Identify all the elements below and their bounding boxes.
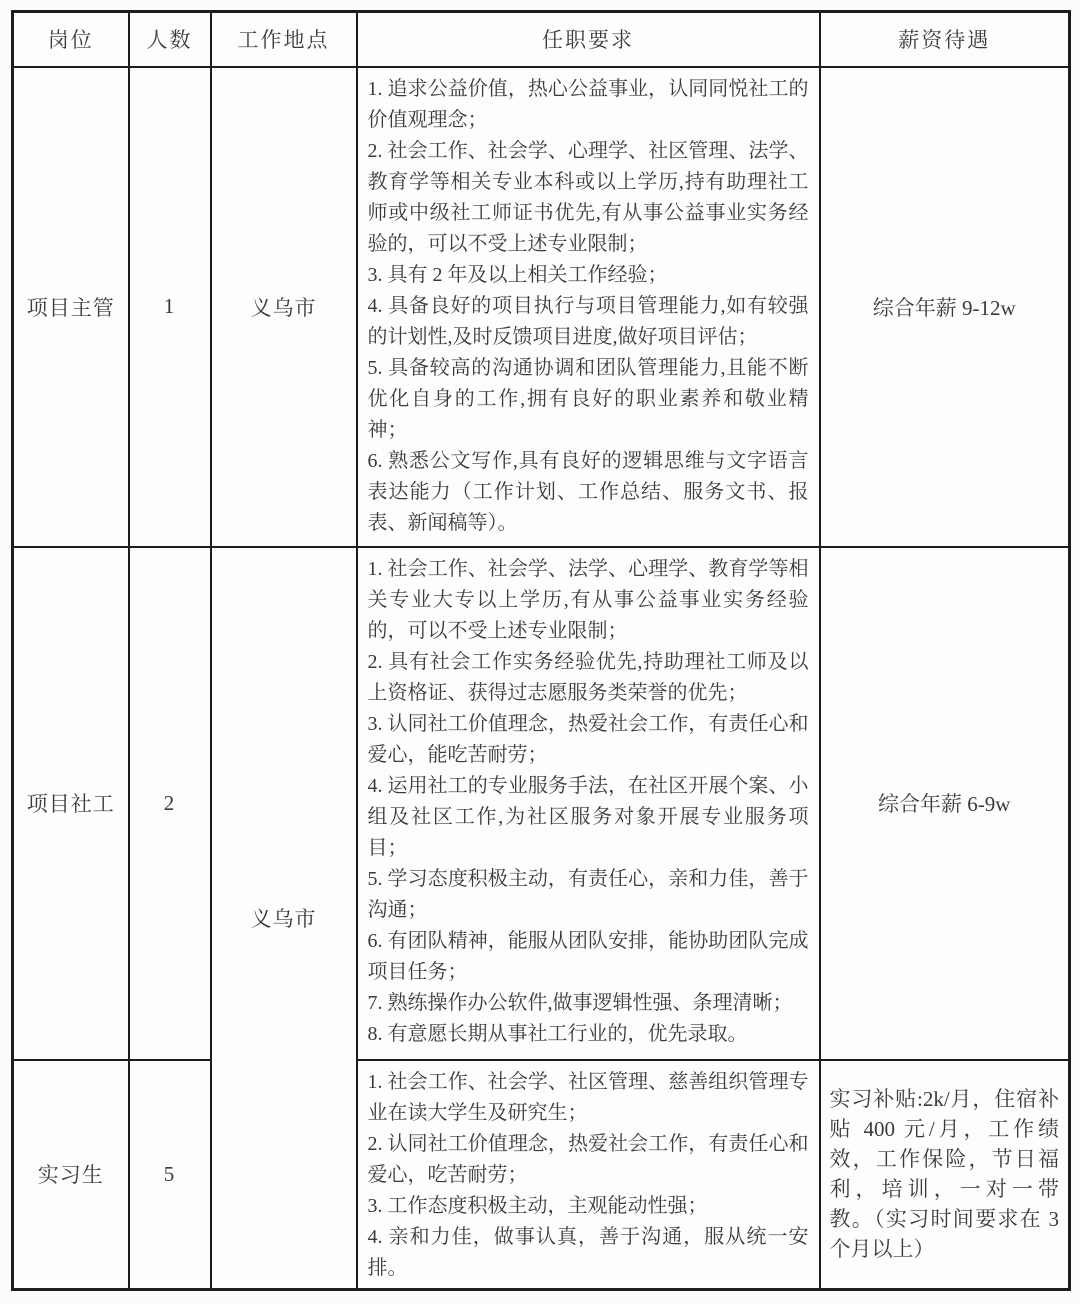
- requirement-item: 3. 认同社工价值理念，热爱社会工作，有责任心和爱心，能吃苦耐劳；: [368, 709, 809, 771]
- requirement-item: 6. 熟悉公文写作,具有良好的逻辑思维与文字语言表达能力（工作计划、工作总结、服…: [368, 446, 809, 539]
- position-cell: 项目主管: [13, 67, 129, 547]
- requirement-item: 4. 具备良好的项目执行与项目管理能力,如有较强的计划性,及时反馈项目进度,做好…: [368, 291, 809, 353]
- table-header-row: 岗位 人数 工作地点 任职要求 薪资待遇: [13, 12, 1070, 67]
- headcount-cell: 1: [129, 67, 211, 547]
- location-cell: 义乌市: [211, 67, 357, 547]
- position-cell: 实习生: [13, 1060, 129, 1290]
- requirement-item: 1. 社会工作、社会学、法学、心理学、教育学等相关专业大专以上学历,有从事公益事…: [368, 554, 809, 647]
- location-cell-merged: 义乌市: [211, 547, 357, 1290]
- requirement-item: 5. 具备较高的沟通协调和团队管理能力,且能不断优化自身的工作,拥有良好的职业素…: [368, 353, 809, 446]
- requirement-item: 1. 追求公益价值，热心公益事业，认同同悦社工的价值观理念；: [368, 74, 809, 136]
- headcount-cell: 5: [129, 1060, 211, 1290]
- requirement-item: 8. 有意愿长期从事社工行业的，优先录取。: [368, 1019, 809, 1050]
- table-row-intern: 实习生 5 1. 社会工作、社会学、社区管理、慈善组织管理专业在读大学生及研究生…: [13, 1060, 1070, 1290]
- salary-cell: 实习补贴:2k/月，住宿补贴 400 元/月，工作绩效，工作保险，节日福利，培训…: [820, 1060, 1070, 1290]
- recruitment-table: 岗位 人数 工作地点 任职要求 薪资待遇 项目主管 1 义乌市 1. 追求公益价…: [11, 10, 1071, 1291]
- page: 岗位 人数 工作地点 任职要求 薪资待遇 项目主管 1 义乌市 1. 追求公益价…: [0, 0, 1080, 1304]
- header-position: 岗位: [13, 12, 129, 67]
- requirement-item: 7. 熟练操作办公软件,做事逻辑性强、条理清晰；: [368, 988, 809, 1019]
- header-location: 工作地点: [211, 12, 357, 67]
- table-row-project-supervisor: 项目主管 1 义乌市 1. 追求公益价值，热心公益事业，认同同悦社工的价值观理念…: [13, 67, 1070, 547]
- requirement-item: 5. 学习态度积极主动，有责任心，亲和力佳，善于沟通；: [368, 864, 809, 926]
- salary-cell: 综合年薪 6-9w: [820, 547, 1070, 1060]
- requirement-item: 2. 具有社会工作实务经验优先,持助理社工师及以上资格证、获得过志愿服务类荣誉的…: [368, 647, 809, 709]
- position-cell: 项目社工: [13, 547, 129, 1060]
- requirement-item: 1. 社会工作、社会学、社区管理、慈善组织管理专业在读大学生及研究生；: [368, 1067, 809, 1129]
- table-row-project-social-worker: 项目社工 2 义乌市 1. 社会工作、社会学、法学、心理学、教育学等相关专业大专…: [13, 547, 1070, 1060]
- header-salary: 薪资待遇: [820, 12, 1070, 67]
- requirement-item: 3. 工作态度积极主动，主观能动性强；: [368, 1191, 809, 1222]
- header-requirements: 任职要求: [357, 12, 820, 67]
- salary-cell: 综合年薪 9-12w: [820, 67, 1070, 547]
- headcount-cell: 2: [129, 547, 211, 1060]
- header-headcount: 人数: [129, 12, 211, 67]
- requirements-cell: 1. 追求公益价值，热心公益事业，认同同悦社工的价值观理念； 2. 社会工作、社…: [357, 67, 820, 547]
- requirement-item: 2. 社会工作、社会学、心理学、社区管理、法学、教育学等相关专业本科或以上学历,…: [368, 136, 809, 260]
- requirement-item: 2. 认同社工价值理念，热爱社会工作，有责任心和爱心，吃苦耐劳；: [368, 1129, 809, 1191]
- requirement-item: 4. 运用社工的专业服务手法，在社区开展个案、小组及社区工作,为社区服务对象开展…: [368, 771, 809, 864]
- requirements-cell: 1. 社会工作、社会学、社区管理、慈善组织管理专业在读大学生及研究生； 2. 认…: [357, 1060, 820, 1290]
- requirement-item: 4. 亲和力佳，做事认真，善于沟通，服从统一安排。: [368, 1222, 809, 1284]
- requirement-item: 3. 具有 2 年及以上相关工作经验；: [368, 260, 809, 291]
- requirement-item: 6. 有团队精神，能服从团队安排，能协助团队完成项目任务；: [368, 926, 809, 988]
- requirements-cell: 1. 社会工作、社会学、法学、心理学、教育学等相关专业大专以上学历,有从事公益事…: [357, 547, 820, 1060]
